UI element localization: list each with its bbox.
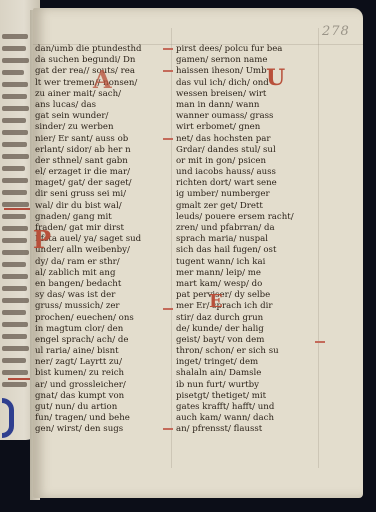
prev-text-line xyxy=(2,202,29,207)
text-line: pisetgt/ thetiget/ mit xyxy=(176,391,316,402)
text-line: dir seni gruss sei mi/ xyxy=(35,189,163,200)
red-initial-p: P xyxy=(33,228,51,252)
prev-red-rule xyxy=(8,378,30,380)
text-line: ul raria/ aine/ bisnt xyxy=(35,346,163,357)
text-line: der sthnel/ sant gabn xyxy=(35,156,163,167)
text-line: maget/ gat/ der saget/ xyxy=(35,178,163,189)
red-line-filler xyxy=(163,138,173,140)
text-line: in magtum clor/ den xyxy=(35,324,163,335)
left-text-column: dan/umb die ptundesthd da suchen begundi… xyxy=(35,44,163,436)
blue-initial-letter xyxy=(2,398,14,438)
text-line: auch kam/ wann/ dach xyxy=(176,413,316,424)
text-line: geist/ bayt/ von dem xyxy=(176,335,316,346)
text-line: gates krafft/ hafft/ und xyxy=(176,402,316,413)
text-line: thron/ schon/ er sich su xyxy=(176,346,316,357)
text-line: fraden/ gat mir dirst xyxy=(35,223,163,234)
text-line: gut/ nun/ du artion xyxy=(35,402,163,413)
prev-text-line xyxy=(2,238,27,243)
prev-text-line xyxy=(2,58,29,63)
prev-text-line xyxy=(2,250,29,255)
red-line-filler xyxy=(163,308,173,310)
text-line: an/ pfrensst/ flausst xyxy=(176,424,316,435)
text-line: al/ zablich mit ang xyxy=(35,268,163,279)
red-line-filler xyxy=(163,48,173,50)
text-line: sinder/ zu werben xyxy=(35,122,163,133)
text-line: mer mann/ leip/ me xyxy=(176,268,316,279)
text-line: wessen breisen/ wirt xyxy=(176,89,316,100)
text-line: sich das hail fugen/ ost xyxy=(176,245,316,256)
column-ruling xyxy=(171,28,172,468)
text-line: pat perviser/ dy selbe xyxy=(176,290,316,301)
manuscript-folio: 278 dan/umb die ptundesthd da suchen beg… xyxy=(33,8,363,498)
prev-text-line xyxy=(2,262,26,267)
text-line: or mit in gon/ psicen xyxy=(176,156,316,167)
text-line: net/ das hochsten par xyxy=(176,134,316,145)
prev-text-line xyxy=(2,142,27,147)
text-line: gnat/ das kumpt von xyxy=(35,391,163,402)
text-line: el/ erzaget ir die mar/ xyxy=(35,167,163,178)
text-line: Pfsta auel/ ya/ saget sud xyxy=(35,234,163,245)
prev-text-line xyxy=(2,334,27,339)
text-line: bist kumen/ zu reich xyxy=(35,368,163,379)
prev-text-line xyxy=(2,214,26,219)
prev-text-line xyxy=(2,82,28,87)
text-line: mart kam/ wesp/ do xyxy=(176,279,316,290)
text-line: under/ alln weibenby/ xyxy=(35,245,163,256)
text-line: wal/ dir du bist wal/ xyxy=(35,201,163,212)
prev-text-line xyxy=(2,70,24,75)
text-line: wanner oumass/ grass xyxy=(176,111,316,122)
text-line: dan/umb die ptundesthd xyxy=(35,44,163,55)
text-line: und iacobs hauss/ auss xyxy=(176,167,316,178)
text-line: sy das/ was ist der xyxy=(35,290,163,301)
text-line: richten dort/ wart sene xyxy=(176,178,316,189)
prev-text-line xyxy=(2,298,29,303)
text-line: ig umber/ numberger xyxy=(176,189,316,200)
text-line: prochen/ euechen/ ons xyxy=(35,313,163,324)
text-line: sprach maria/ nuspal xyxy=(176,234,316,245)
prev-text-line xyxy=(2,106,29,111)
text-line: shalaln ain/ Damsle xyxy=(176,368,316,379)
prev-text-line xyxy=(2,358,26,363)
prev-text-line xyxy=(2,118,26,123)
red-line-filler xyxy=(315,341,325,343)
column-ruling xyxy=(318,28,319,468)
text-line: de/ kunde/ der halig xyxy=(176,324,316,335)
text-line: gruss/ mussich/ zer xyxy=(35,301,163,312)
text-line: gmalt zer get/ Drett xyxy=(176,201,316,212)
prev-text-line xyxy=(2,34,28,39)
text-line: erlant/ sidor/ ab her n xyxy=(35,145,163,156)
text-line: en bangen/ bedacht xyxy=(35,279,163,290)
text-line: gnaden/ gang mit xyxy=(35,212,163,223)
text-line: tugent wann/ ich kai xyxy=(176,257,316,268)
text-line: ner/ zagt/ Layrtt zu/ xyxy=(35,357,163,368)
text-line: engel sprach/ ach/ de xyxy=(35,335,163,346)
prev-text-line xyxy=(2,322,28,327)
text-line: gat sein wunder/ xyxy=(35,111,163,122)
prev-text-line xyxy=(2,346,29,351)
prev-text-line xyxy=(2,190,27,195)
folio-number: 278 xyxy=(322,24,350,39)
red-line-filler xyxy=(163,70,173,72)
text-line: pirst dees/ polcu fur bea xyxy=(176,44,316,55)
prev-text-line xyxy=(2,310,26,315)
prev-text-line xyxy=(2,94,27,99)
text-line: haissen iheson/ Umb xyxy=(176,66,316,77)
text-line: man in dann/ wann xyxy=(176,100,316,111)
prev-text-line xyxy=(2,274,28,279)
text-line: gen/ wirst/ den sugs xyxy=(35,424,163,435)
red-initial-a: A xyxy=(93,68,112,92)
text-line: das vul ich/ dich/ ond xyxy=(176,78,316,89)
red-initial-u: U xyxy=(266,66,285,90)
red-initial-e: E xyxy=(209,290,223,314)
text-line: mer Er/ sprach ich dir xyxy=(176,301,316,312)
text-line: leuds/ pouere ersem racht/ xyxy=(176,212,316,223)
text-line: fun/ tragen/ und behe xyxy=(35,413,163,424)
prev-text-line xyxy=(2,226,28,231)
text-line: stir/ daz durch grun xyxy=(176,313,316,324)
text-line: Grdar/ dandes stul/ sul xyxy=(176,145,316,156)
text-line: ans lucas/ das xyxy=(35,100,163,111)
right-text-column: pirst dees/ polcu fur bea gamen/ sernon … xyxy=(176,44,316,436)
text-line: inget/ tringet/ dem xyxy=(176,357,316,368)
prev-text-line xyxy=(2,382,27,387)
prev-text-line xyxy=(2,178,28,183)
prev-text-line xyxy=(2,166,25,171)
prev-text-line xyxy=(2,370,28,375)
red-line-filler xyxy=(163,428,173,430)
text-line: ar/ und grossleicher/ xyxy=(35,380,163,391)
prev-text-line xyxy=(2,154,29,159)
prev-text-line xyxy=(2,46,26,51)
text-line: ib nun furt/ wurtby xyxy=(176,380,316,391)
text-line: wirt erbomet/ gnen xyxy=(176,122,316,133)
prev-text-line xyxy=(2,130,28,135)
text-line: zren/ und pfabrran/ da xyxy=(176,223,316,234)
text-line: gamen/ sernon name xyxy=(176,55,316,66)
text-line: nier/ Er sant/ auss ob xyxy=(35,134,163,145)
prev-text-line xyxy=(2,286,27,291)
text-line: dy/ da/ ram er sthr/ xyxy=(35,257,163,268)
